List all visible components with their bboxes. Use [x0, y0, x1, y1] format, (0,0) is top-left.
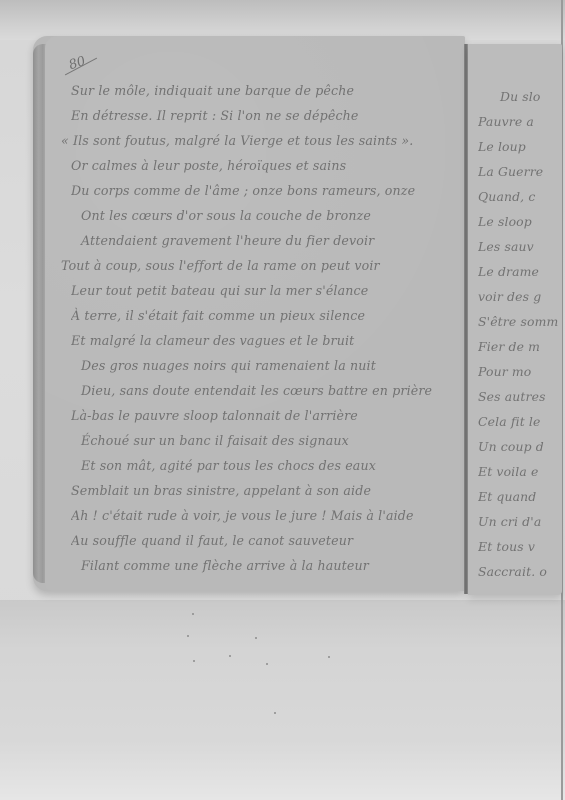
handwritten-line: En détresse. Il reprit : Si l'on ne se d…: [71, 103, 459, 128]
dust-speck: [193, 660, 195, 662]
scanner-bed-bottom: [0, 600, 565, 800]
handwritten-line: La Guerre: [478, 159, 562, 184]
handwritten-line: Un cri d'a: [478, 509, 562, 534]
handwritten-line: Semblait un bras sinistre, appelant à so…: [71, 478, 459, 503]
handwritten-line: À terre, il s'était fait comme un pieux …: [71, 303, 459, 328]
handwritten-line: Dieu, sans doute entendait les cœurs bat…: [71, 378, 459, 403]
handwritten-line: Cela fit le: [478, 409, 562, 434]
handwritten-line: Les sauv: [478, 234, 562, 259]
handwritten-line: Le drame: [478, 259, 562, 284]
handwritten-line: Du slo: [478, 84, 562, 109]
left-page-paper: 80 Sur le môle, indiquait une barque de …: [45, 36, 465, 591]
handwritten-line: Et malgré la clameur des vagues et le br…: [71, 328, 459, 353]
handwritten-text-block: Sur le môle, indiquait une barque de pêc…: [71, 78, 459, 578]
handwritten-line: Sur le môle, indiquait une barque de pêc…: [71, 78, 459, 103]
dust-speck: [266, 663, 268, 665]
handwritten-line: Filant comme une flèche arrive à la haut…: [71, 553, 459, 578]
handwritten-line: Ah ! c'était rude à voir, je vous le jur…: [71, 503, 459, 528]
dust-speck: [192, 613, 194, 615]
scan-frame: 80 Sur le môle, indiquait une barque de …: [0, 0, 565, 800]
handwritten-line: Quand, c: [478, 184, 562, 209]
scanner-top-shadow: [0, 0, 565, 40]
dust-speck: [229, 655, 231, 657]
handwritten-line: Fier de m: [478, 334, 562, 359]
handwritten-line: Pour mo: [478, 359, 562, 384]
handwritten-line: Saccrait. o: [478, 559, 562, 584]
dust-speck: [328, 656, 330, 658]
handwritten-line: Échoué sur un banc il faisait des signau…: [71, 428, 459, 453]
dust-speck: [187, 635, 189, 637]
dust-speck: [274, 712, 276, 714]
handwritten-line: Et tous v: [478, 534, 562, 559]
handwritten-line: voir des g: [478, 284, 562, 309]
handwritten-line: Au souffle quand il faut, le canot sauve…: [71, 528, 459, 553]
handwritten-line: Et voila e: [478, 459, 562, 484]
handwritten-line: Attendaient gravement l'heure du fier de…: [71, 228, 459, 253]
handwritten-line: S'être somm: [478, 309, 562, 334]
handwritten-line: Et son mât, agité par tous les chocs des…: [71, 453, 459, 478]
handwritten-line: « Ils sont foutus, malgré la Vierge et t…: [61, 128, 459, 153]
handwritten-line: Leur tout petit bateau qui sur la mer s'…: [71, 278, 459, 303]
handwritten-line: Là-bas le pauvre sloop talonnait de l'ar…: [71, 403, 459, 428]
handwritten-line: Des gros nuages noirs qui ramenaient la …: [71, 353, 459, 378]
handwritten-line: Ont les cœurs d'or sous la couche de bro…: [71, 203, 459, 228]
handwritten-line: Tout à coup, sous l'effort de la rame on…: [61, 253, 459, 278]
handwritten-line: Le loup: [478, 134, 562, 159]
handwritten-text-block-right: Du slo Pauvre a Le loup La Guerre Quand,…: [478, 84, 562, 584]
handwritten-line: Du corps comme de l'âme ; onze bons rame…: [71, 178, 459, 203]
handwritten-line: Or calmes à leur poste, héroïques et sai…: [71, 153, 459, 178]
handwritten-line: Le sloop: [478, 209, 562, 234]
right-notebook-page-fragment: Du slo Pauvre a Le loup La Guerre Quand,…: [468, 44, 562, 595]
dust-speck: [255, 637, 257, 639]
handwritten-line: Et quand: [478, 484, 562, 509]
handwritten-line: Ses autres: [478, 384, 562, 409]
handwritten-line: Un coup d: [478, 434, 562, 459]
handwritten-line: Pauvre a: [478, 109, 562, 134]
left-notebook-page: 80 Sur le môle, indiquait une barque de …: [33, 36, 465, 591]
